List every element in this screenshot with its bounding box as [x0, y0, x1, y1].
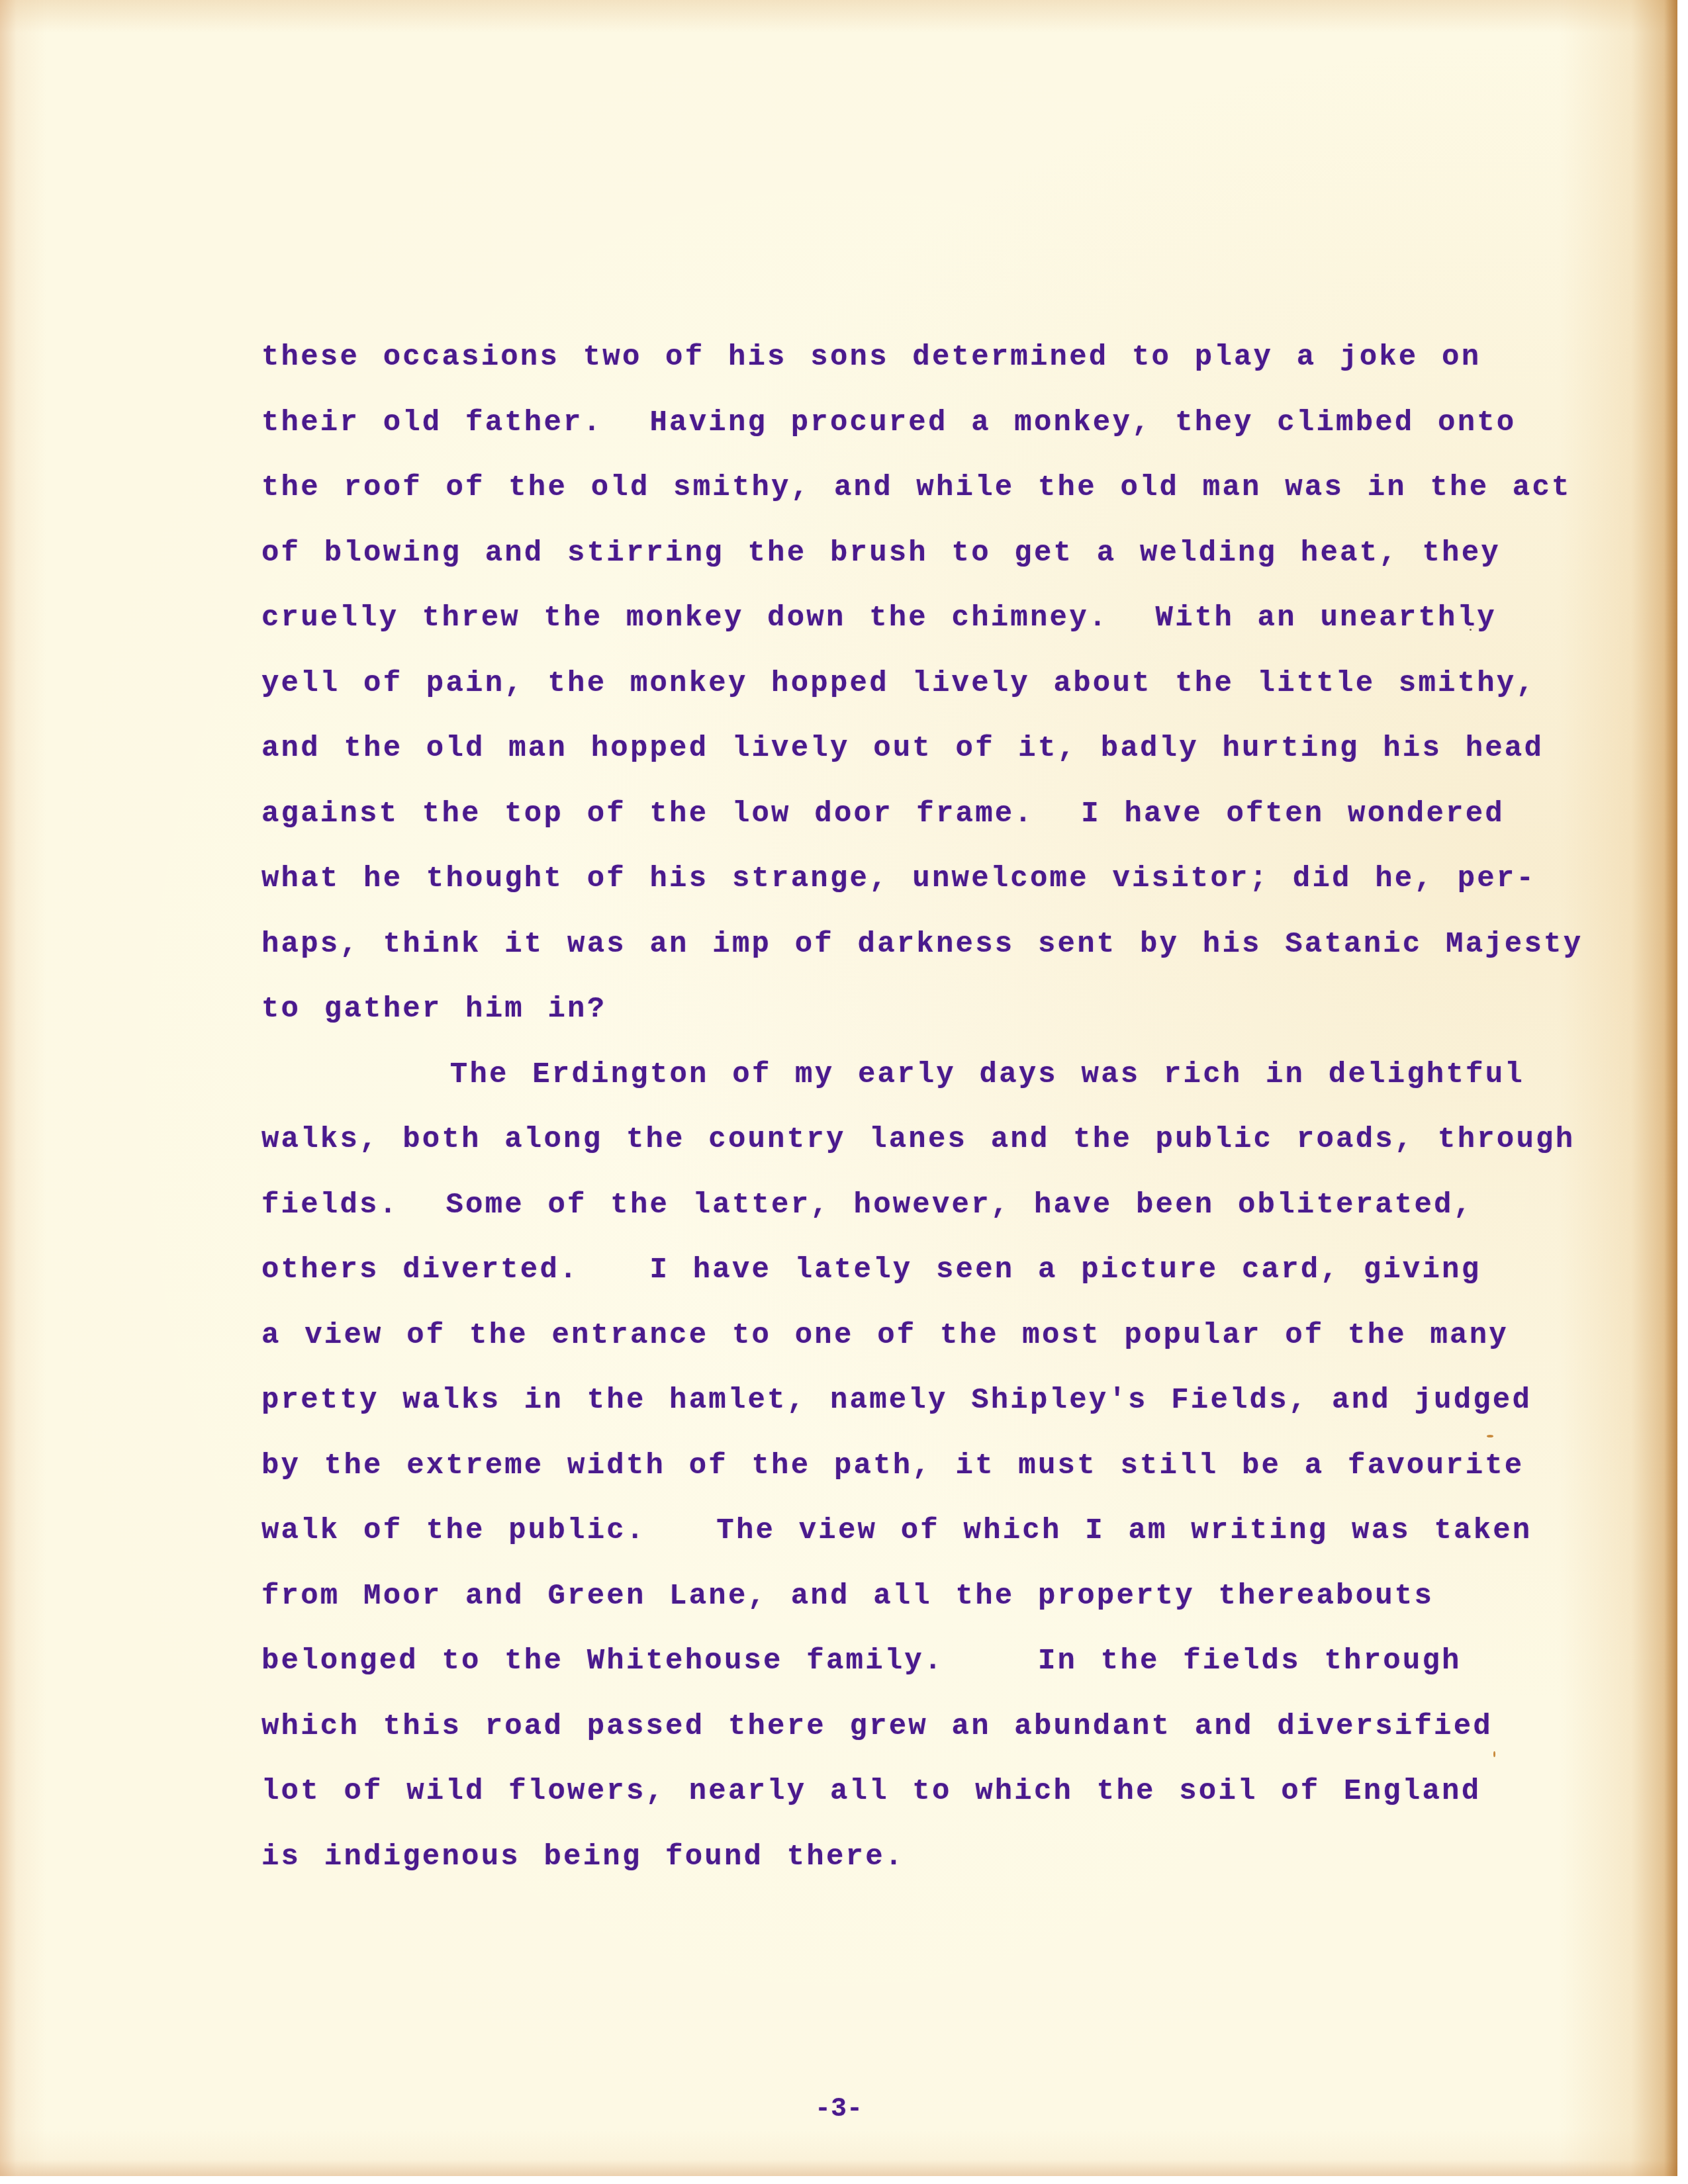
text-line: which this road passed there grew an abu… [261, 1707, 1585, 1772]
page-number: -3- [0, 2095, 1677, 2124]
text-line: yell of pain, the monkey hopped lively a… [261, 664, 1585, 729]
text-line: fields. Some of the latter, however, hav… [261, 1185, 1585, 1251]
text-line: others diverted. I have lately seen a pi… [261, 1250, 1585, 1316]
paper-blemish [378, 1326, 380, 1330]
paper-blemish [1493, 1751, 1495, 1757]
text-line: the roof of the old smithy, and while th… [261, 468, 1585, 533]
text-line: of blowing and stirring the brush to get… [261, 533, 1585, 599]
text-line: a view of the entrance to one of the mos… [261, 1316, 1585, 1381]
text-line: from Moor and Green Lane, and all the pr… [261, 1576, 1585, 1642]
text-line: their old father. Having procured a monk… [261, 403, 1585, 469]
text-line: these occasions two of his sons determin… [261, 338, 1585, 403]
text-line: walks, both along the country lanes and … [261, 1120, 1585, 1185]
paper-blemish [1470, 629, 1472, 631]
body-text: these occasions two of his sons determin… [261, 338, 1585, 1902]
text-line: belonged to the Whitehouse family. In th… [261, 1641, 1585, 1707]
text-line: is indigenous being found there. [261, 1837, 1585, 1903]
paper-blemish [1487, 1435, 1493, 1437]
text-line: haps, think it was an imp of darkness se… [261, 925, 1585, 990]
paragraph-start-line: The Erdington of my early days was rich … [261, 1055, 1585, 1120]
text-line: cruelly threw the monkey down the chimne… [261, 598, 1585, 664]
text-line: pretty walks in the hamlet, namely Shipl… [261, 1381, 1585, 1446]
text-line: against the top of the low door frame. I… [261, 794, 1585, 860]
text-line: lot of wild flowers, nearly all to which… [261, 1772, 1585, 1837]
typewritten-page: these occasions two of his sons determin… [0, 0, 1677, 2176]
text-line: by the extreme width of the path, it mus… [261, 1446, 1585, 1512]
text-line: walk of the public. The view of which I … [261, 1511, 1585, 1576]
text-line: and the old man hopped lively out of it,… [261, 729, 1585, 794]
text-line: to gather him in? [261, 989, 1585, 1055]
text-line: what he thought of his strange, unwelcom… [261, 859, 1585, 925]
